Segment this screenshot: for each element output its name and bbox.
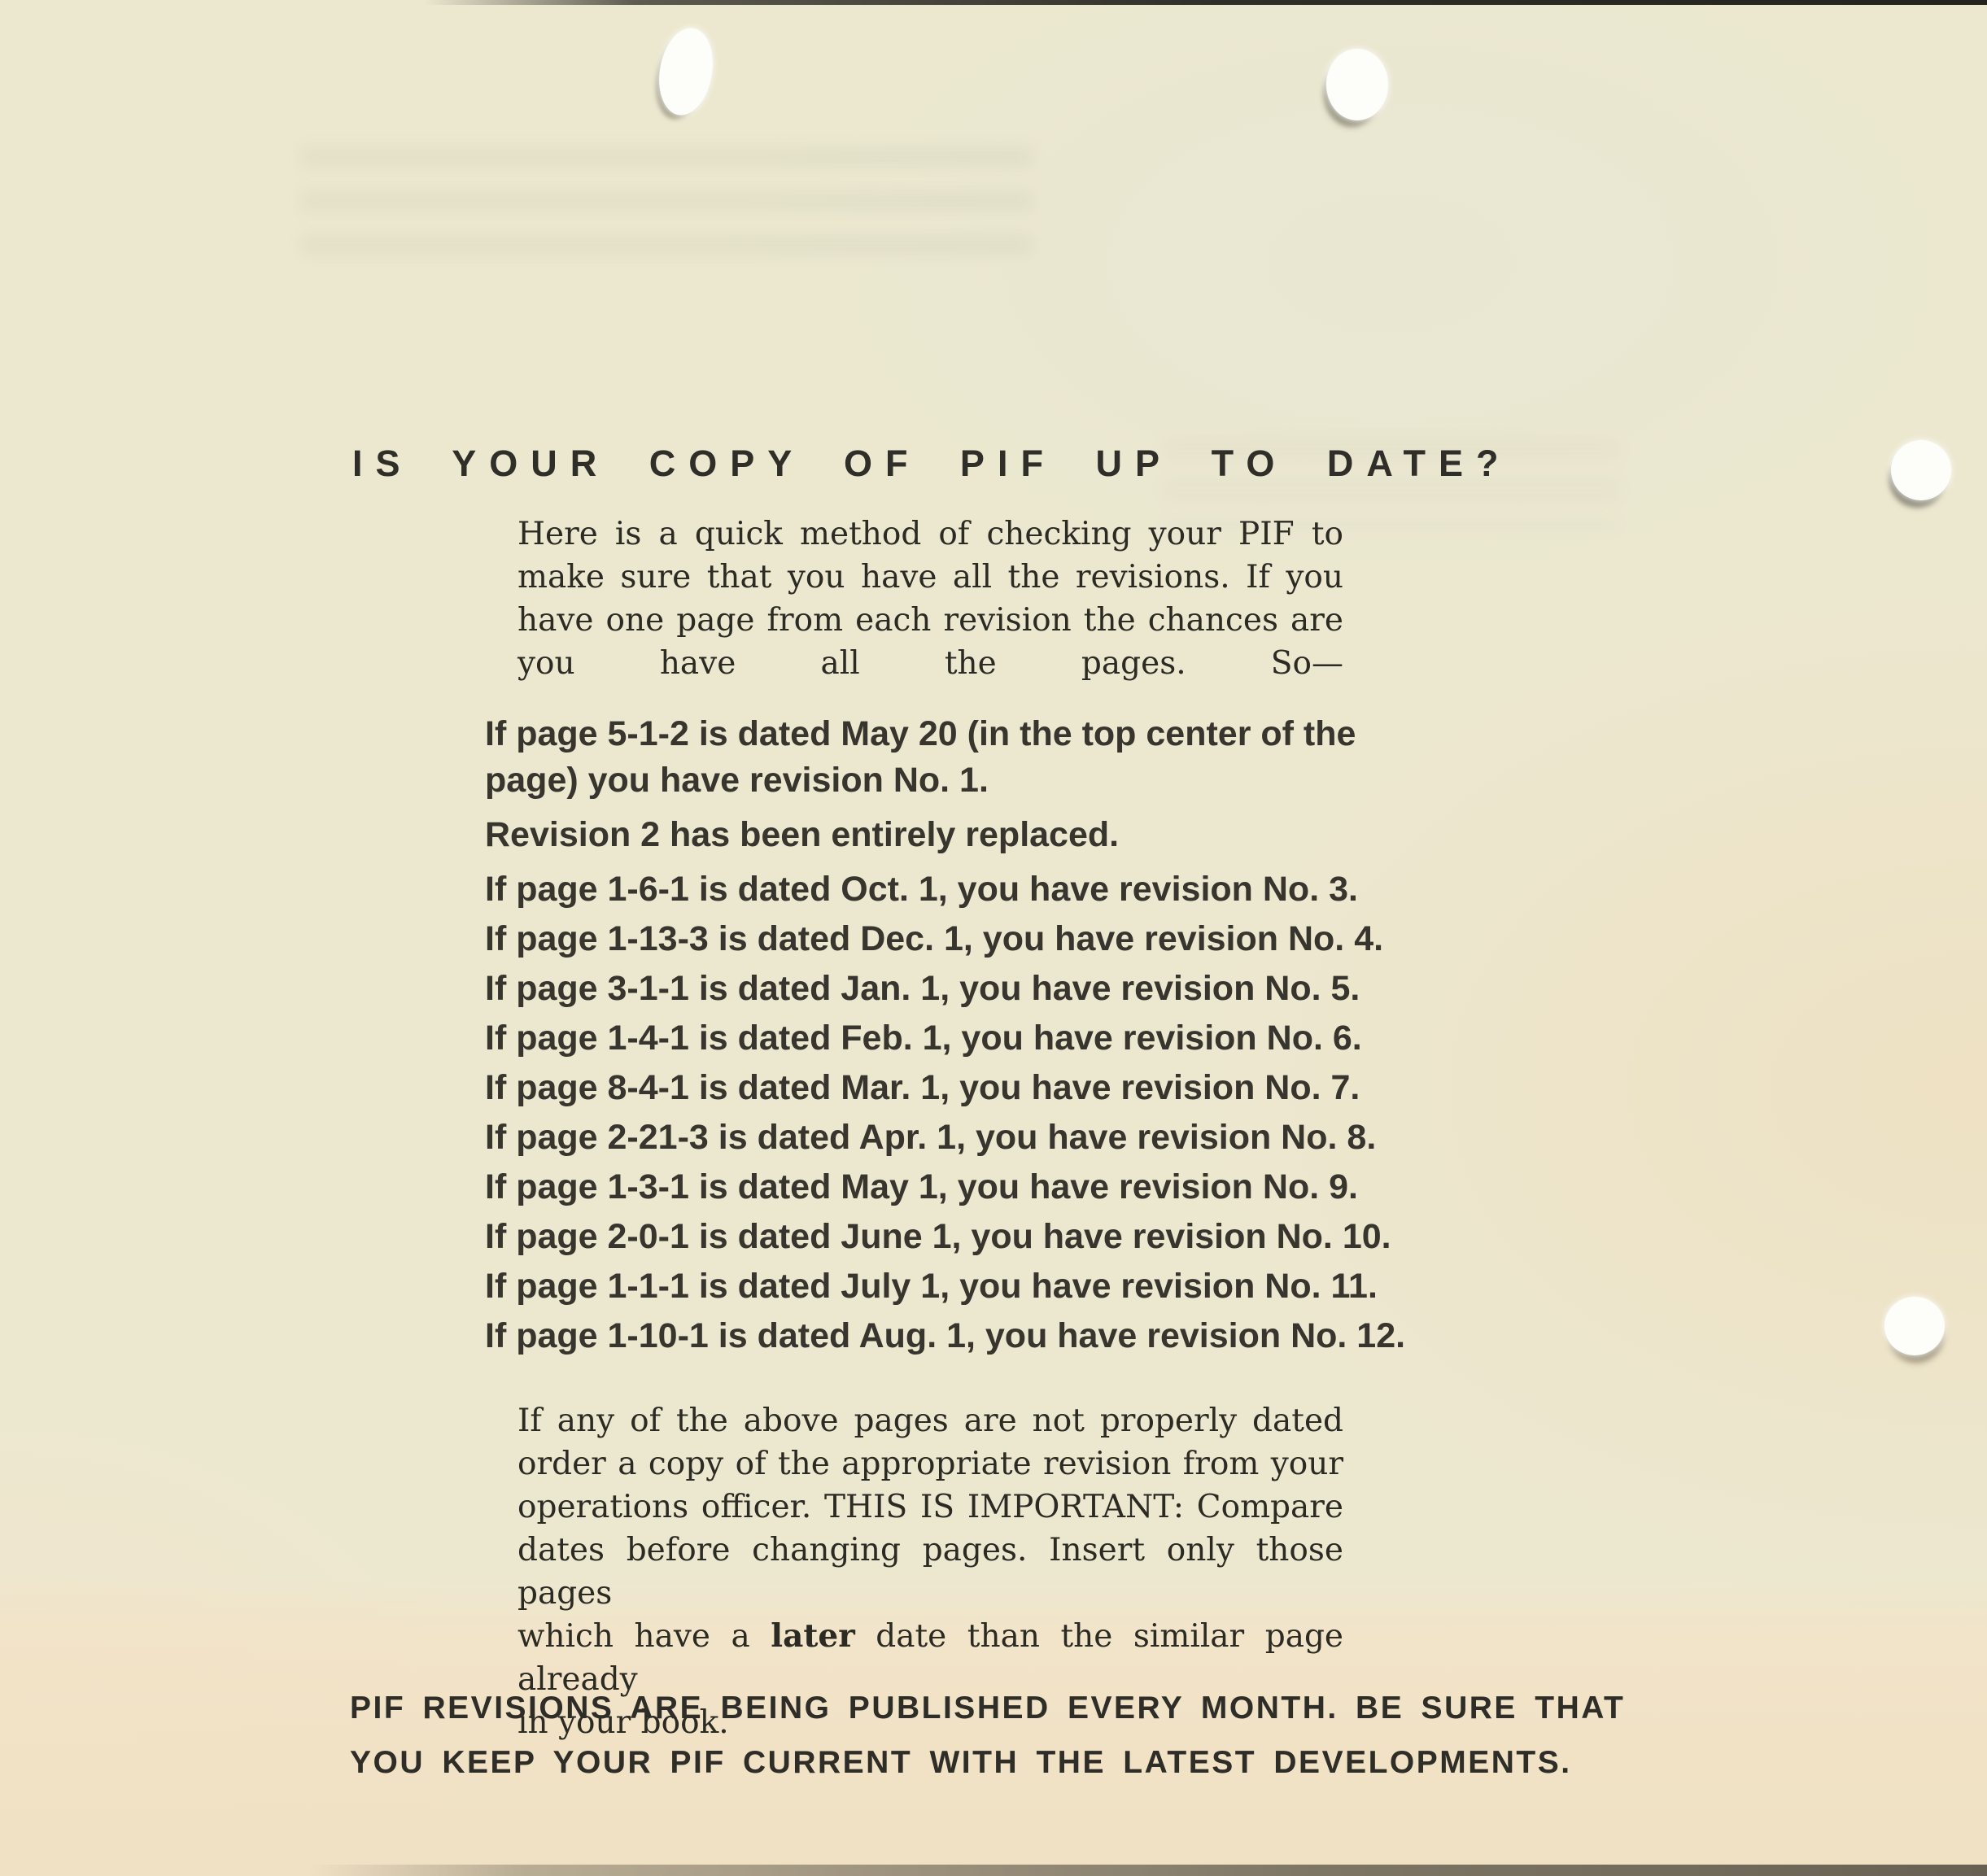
- scan-top-edge: [0, 0, 1987, 5]
- footer-line-1: PIF REVISIONS ARE BEING PUBLISHED EVERY …: [350, 1681, 1625, 1735]
- intro-lines: Here is a quick method of checking your …: [517, 513, 1343, 685]
- revision-item: If page 1-6-1 is dated Oct. 1, you have …: [485, 866, 1486, 913]
- revision-item: If page 1-13-3 is dated Dec. 1, you have…: [485, 916, 1486, 962]
- punch-hole-right-lower: [1884, 1297, 1945, 1355]
- closing-line: operations officer. THIS IS IMPORTANT: C…: [517, 1486, 1343, 1529]
- punch-hole-top-right: [1326, 49, 1388, 120]
- intro-line: have one page from each revision the cha…: [517, 599, 1343, 642]
- emphasis-later: later: [771, 1617, 854, 1655]
- revision-item: If page 1-10-1 is dated Aug. 1, you have…: [485, 1313, 1486, 1359]
- revision-item: If page 2-21-3 is dated Apr. 1, you have…: [485, 1115, 1486, 1161]
- footer-line-2: YOU KEEP YOUR PIF CURRENT WITH THE LATES…: [350, 1735, 1625, 1790]
- closing-lines: If any of the above pages are not proper…: [517, 1399, 1343, 1615]
- closing-line: dates before changing pages. Insert only…: [517, 1529, 1343, 1615]
- revision-item: If page 2-0-1 is dated June 1, you have …: [485, 1214, 1486, 1260]
- intro-line: Here is a quick method of checking your …: [517, 513, 1343, 556]
- revision-item: If page 5-1-2 is dated May 20 (in the to…: [485, 711, 1486, 804]
- revision-item: If page 1-3-1 is dated May 1, you have r…: [485, 1164, 1486, 1211]
- revision-item: Revision 2 has been entirely replaced.: [485, 812, 1486, 858]
- closing-line: order a copy of the appropriate revision…: [517, 1442, 1343, 1486]
- revision-item: If page 3-1-1 is dated Jan. 1, you have …: [485, 966, 1486, 1012]
- punch-hole-right-upper: [1891, 440, 1951, 500]
- closing-line: If any of the above pages are not proper…: [517, 1399, 1343, 1442]
- intro-line: you have all the pages. So—: [517, 642, 1343, 685]
- revision-list: If page 5-1-2 is dated May 20 (in the to…: [485, 711, 1486, 1363]
- intro-paragraph: Here is a quick method of checking your …: [517, 513, 1343, 685]
- page-title: IS YOUR COPY OF PIF UP TO DATE?: [352, 443, 1511, 485]
- scan-bottom-edge: [0, 1865, 1987, 1876]
- closing-line5-pre: which have a: [517, 1618, 771, 1655]
- scanned-page: IS YOUR COPY OF PIF UP TO DATE? Here is …: [0, 0, 1987, 1876]
- revision-item: If page 1-1-1 is dated July 1, you have …: [485, 1263, 1486, 1310]
- bleed-through-ghost-text: [301, 146, 1033, 277]
- intro-line: make sure that you have all the revision…: [517, 556, 1343, 599]
- punch-hole-top-left: [653, 24, 719, 119]
- revision-item: If page 1-4-1 is dated Feb. 1, you have …: [485, 1015, 1486, 1062]
- footer-note: PIF REVISIONS ARE BEING PUBLISHED EVERY …: [350, 1681, 1625, 1790]
- revision-item: If page 8-4-1 is dated Mar. 1, you have …: [485, 1065, 1486, 1111]
